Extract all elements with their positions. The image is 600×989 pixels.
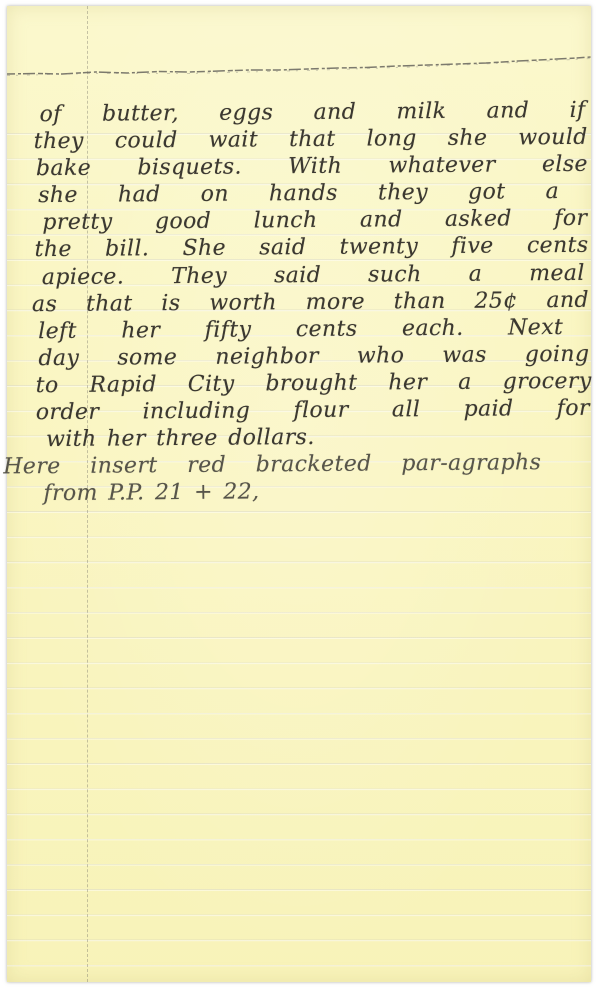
handwriting-line: of butter, eggs and milk and if: [39, 97, 585, 128]
handwriting-line: to Rapid City brought her a grocery: [36, 368, 592, 399]
handwriting-line: the bill. She said twenty five cents: [34, 232, 588, 263]
handwriting-line: with her three dollars.: [46, 422, 592, 453]
handwriting-line: they could wait that long she would: [34, 124, 588, 155]
scan-background: of butter, eggs and milk and if they cou…: [0, 0, 600, 989]
handwriting-annotation-line: from P.P. 21 + 22,: [43, 476, 592, 507]
handwriting-annotation-line: Here insert red bracketed par-agraphs: [3, 449, 541, 480]
handwriting-line: bake bisquets. With whatever else: [36, 151, 588, 182]
torn-edge: [7, 6, 591, 96]
handwriting-line: day some neighbor who was going: [38, 341, 589, 372]
handwriting-line: apiece. They said such a meal: [42, 259, 585, 290]
manuscript-page: of butter, eggs and milk and if they cou…: [7, 6, 591, 982]
handwriting-line: pretty good lunch and asked for: [42, 205, 587, 236]
handwriting-line: she had on hands they got a: [38, 178, 559, 209]
handwriting-line: as that is worth more than 25¢ and: [32, 286, 589, 317]
handwriting-line: order including flour all paid for: [36, 395, 590, 426]
manuscript-text: of butter, eggs and milk and if they cou…: [27, 97, 592, 508]
handwriting-line: left her fifty cents each. Next: [38, 314, 563, 345]
